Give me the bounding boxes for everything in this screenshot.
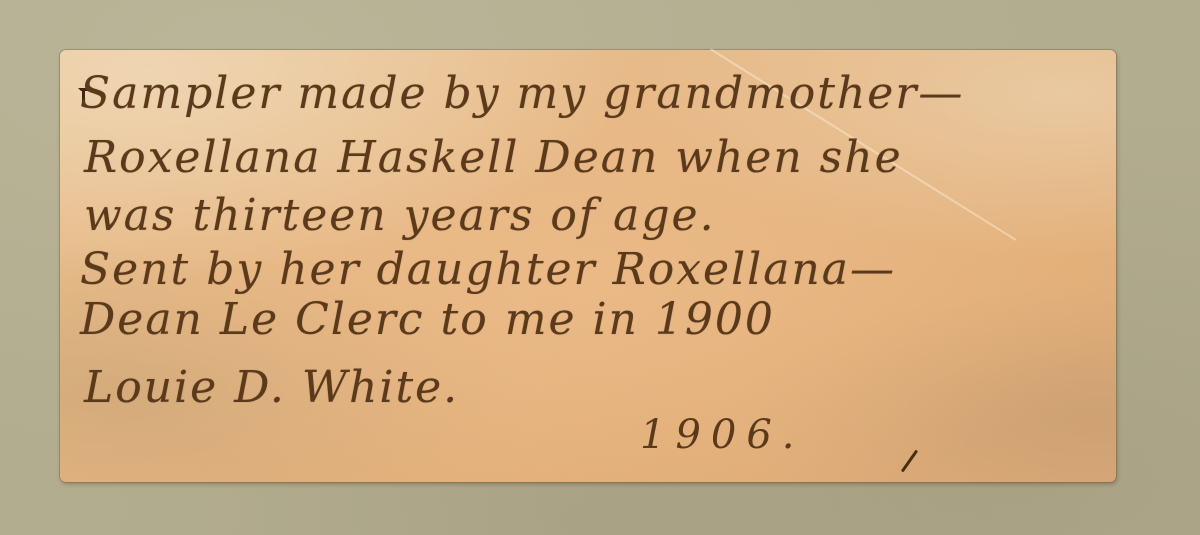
- note-date: 1906.: [640, 412, 805, 458]
- note-line-4: Sent by her daughter Roxellana—: [80, 248, 896, 292]
- note-line-2: Roxellana Haskell Dean when she: [84, 136, 903, 180]
- handwritten-note: Sampler made by my grandmother— Roxellan…: [60, 50, 1116, 482]
- note-line-1: Sampler made by my grandmother—: [80, 72, 964, 116]
- note-line-3: was thirteen years of age.: [84, 194, 716, 238]
- ink-stroke-mark: [901, 449, 918, 472]
- note-line-5: Dean Le Clerc to me in 1900: [80, 298, 775, 342]
- mounting-board: Sampler made by my grandmother— Roxellan…: [0, 0, 1200, 535]
- note-card: Sampler made by my grandmother— Roxellan…: [60, 50, 1116, 482]
- note-signature: Louie D. White.: [84, 366, 459, 410]
